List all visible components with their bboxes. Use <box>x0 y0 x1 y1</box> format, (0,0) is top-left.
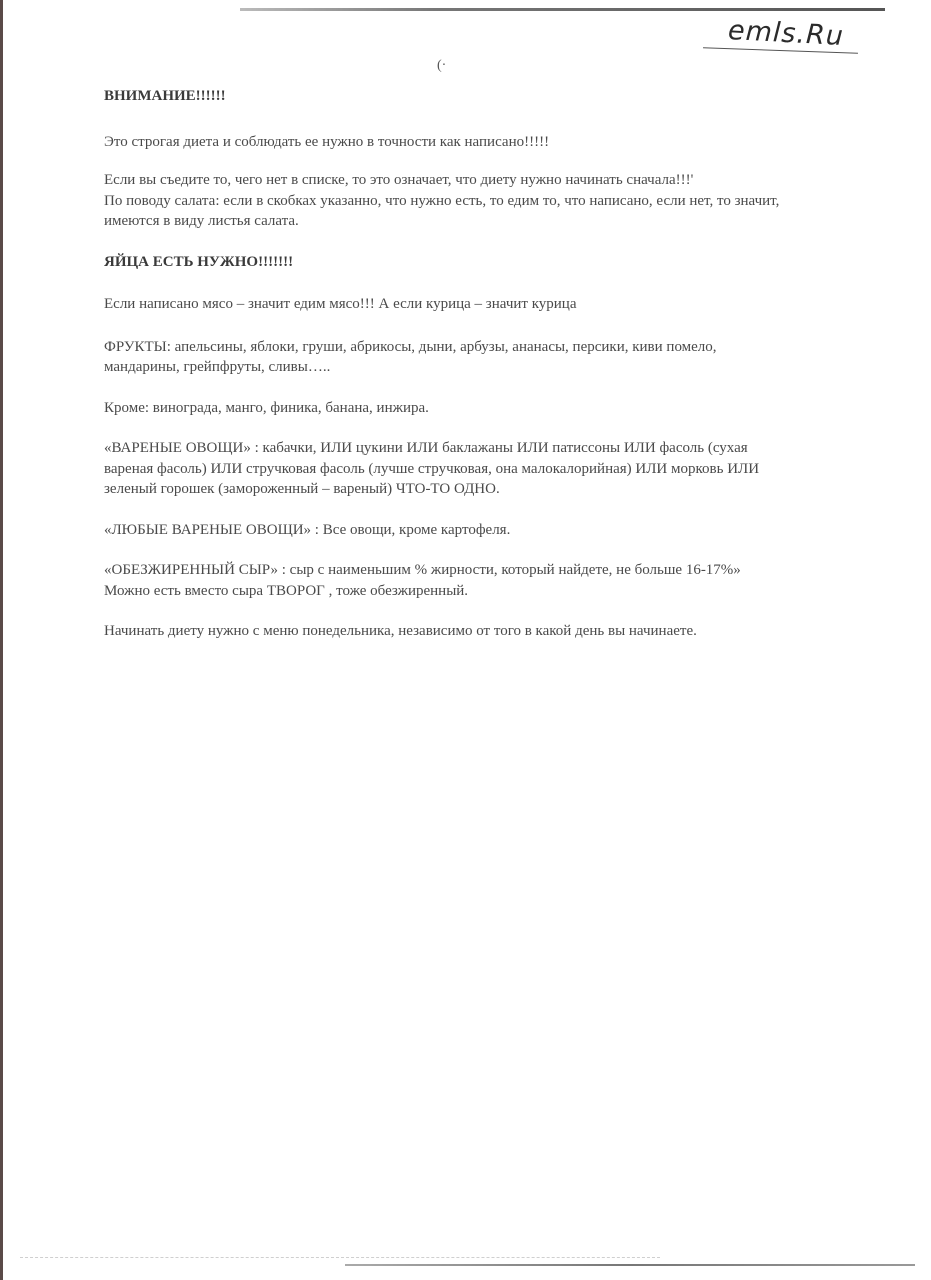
low-fat-cheese-definition: «ОБЕЗЖИРЕННЫЙ СЫР» : сыр с наименьшим % … <box>104 560 794 581</box>
warning-heading: ВНИМАНИЕ!!!!!! <box>104 86 824 107</box>
meat-chicken-note: Если написано мясо – значит едим мясо!!!… <box>104 294 824 315</box>
restart-rule: Если вы съедите то, чего нет в списке, т… <box>104 170 794 191</box>
fruits-exceptions: Кроме: винограда, манго, финика, банана,… <box>104 398 824 419</box>
eggs-heading: ЯЙЦА ЕСТЬ НУЖНО!!!!!!! <box>104 252 824 273</box>
document-body: ВНИМАНИЕ!!!!!! Это строгая диета и соблю… <box>104 86 824 642</box>
scan-speck: (· <box>437 58 446 74</box>
salad-note: По поводу салата: если в скобках указанн… <box>104 191 809 232</box>
handwritten-note: emls.Ru <box>727 15 844 52</box>
scan-left-edge <box>0 0 3 1280</box>
cottage-cheese-note: Можно есть вместо сыра ТВОРОГ , тоже обе… <box>104 581 824 602</box>
scan-top-edge <box>240 8 885 11</box>
fruits-list: ФРУКТЫ: апельсины, яблоки, груши, абрико… <box>104 337 784 378</box>
strict-diet-note: Это строгая диета и соблюдать ее нужно в… <box>104 132 824 153</box>
scan-bottom-edge <box>345 1264 915 1266</box>
any-boiled-vegetables-definition: «ЛЮБЫЕ ВАРЕНЫЕ ОВОЩИ» : Все овощи, кроме… <box>104 520 824 541</box>
start-monday-note: Начинать диету нужно с меню понедельника… <box>104 621 744 642</box>
boiled-vegetables-definition: «ВАРЕНЫЕ ОВОЩИ» : кабачки, ИЛИ цукини ИЛ… <box>104 438 794 500</box>
scan-bottom-dash <box>20 1257 660 1259</box>
